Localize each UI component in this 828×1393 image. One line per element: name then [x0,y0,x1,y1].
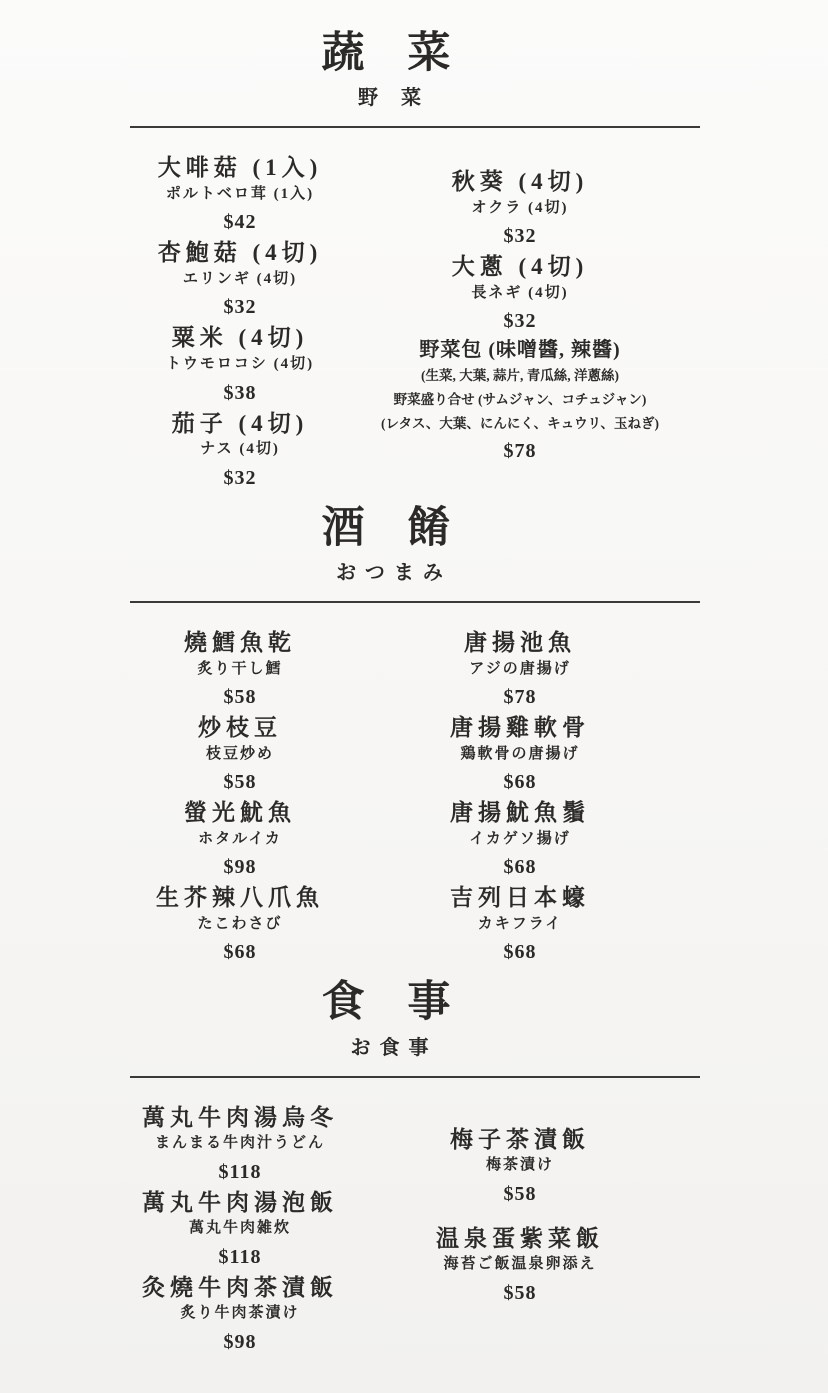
item-price: $58 [380,1280,660,1306]
item-name: 野菜包 (味噌醬, 辣醬) [355,338,685,362]
menu-item: 吉列日本蠔カキフライ$68 [380,884,660,965]
item-name: 燒鱈魚乾 [100,629,380,657]
item-price: $118 [100,1244,380,1270]
item-price: $98 [100,1329,380,1355]
menu-item: 温泉蛋紫菜飯海苔ご飯温泉卵添え$58 [380,1225,660,1306]
item-name-japanese: 長ネギ (4切) [380,284,660,304]
item-name-japanese: 枝豆炒め [100,745,380,765]
item-price: $98 [100,854,380,880]
menu-item: 大蔥 (4切)長ネギ (4切)$32 [380,253,660,334]
menu-item: 萬丸牛肉湯泡飯萬丸牛肉雑炊$118 [100,1189,380,1270]
item-name-japanese: 梅茶漬け [380,1156,660,1176]
menu-section-2: 酒 餚おつまみ燒鱈魚乾炙り干し鱈$58炒枝豆枝豆炒め$58螢光魷魚ホタルイカ$9… [0,505,828,970]
item-name: 秋葵 (4切) [380,168,660,196]
section-subtitle: 野 菜 [0,87,808,110]
item-name-japanese: たこわさび [100,915,380,935]
item-name: 杏鮑菇 (4切) [100,239,380,267]
section-subtitle: おつまみ [0,562,808,585]
item-name-japanese: 野菜盛り合せ (サムジャン、コチュジャン) [355,390,685,410]
item-price: $78 [355,438,685,464]
item-name: 唐揚魷魚鬚 [380,799,660,827]
menu-item: 燒鱈魚乾炙り干し鱈$58 [100,629,380,710]
item-name-japanese: カキフライ [380,915,660,935]
item-price: $58 [380,1181,660,1207]
menu-item: 杏鮑菇 (4切)エリンギ (4切)$32 [100,239,380,320]
menu-item: 螢光魷魚ホタルイカ$98 [100,799,380,880]
section-columns: 萬丸牛肉湯烏冬まんまる牛肉汁うどん$118萬丸牛肉湯泡飯萬丸牛肉雑炊$118灸燒… [100,1078,660,1359]
item-name: 梅子茶漬飯 [380,1126,660,1154]
column-right: 梅子茶漬飯梅茶漬け$58温泉蛋紫菜飯海苔ご飯温泉卵添え$58 [380,1126,660,1359]
menu-item: 秋葵 (4切)オクラ (4切)$32 [380,168,660,249]
item-name: 萬丸牛肉湯烏冬 [100,1104,380,1132]
item-price: $68 [100,939,380,965]
menu-item: 大啡菇 (1入)ポルトベロ茸 (1入)$42 [100,154,380,235]
menu-item: 生芥辣八爪魚たこわさび$68 [100,884,380,965]
item-name: 茄子 (4切) [100,410,380,438]
item-name: 炒枝豆 [100,714,380,742]
item-name: 萬丸牛肉湯泡飯 [100,1189,380,1217]
section-columns: 燒鱈魚乾炙り干し鱈$58炒枝豆枝豆炒め$58螢光魷魚ホタルイカ$98生芥辣八爪魚… [100,603,660,969]
section-title: 食 事 [0,979,808,1026]
item-name-japanese: 炙り牛肉茶漬け [100,1304,380,1324]
item-name: 温泉蛋紫菜飯 [380,1225,660,1253]
menu-item: 唐揚魷魚鬚イカゲソ揚げ$68 [380,799,660,880]
menu-item: 唐揚池魚アジの唐揚げ$78 [380,629,660,710]
item-name-japanese: アジの唐揚げ [380,660,660,680]
section-title: 蔬 菜 [0,30,808,77]
section-subtitle: お食事 [0,1037,808,1060]
item-name-japanese: エリンギ (4切) [100,270,380,290]
item-name: 螢光魷魚 [100,799,380,827]
item-price: $68 [380,939,660,965]
item-name: 粟米 (4切) [100,324,380,352]
item-name-japanese: まんまる牛肉汁うどん [100,1134,380,1154]
menu-section-3: 食 事お食事萬丸牛肉湯烏冬まんまる牛肉汁うどん$118萬丸牛肉湯泡飯萬丸牛肉雑炊… [0,979,828,1359]
item-price: $78 [380,684,660,710]
column-left: 萬丸牛肉湯烏冬まんまる牛肉汁うどん$118萬丸牛肉湯泡飯萬丸牛肉雑炊$118灸燒… [100,1104,380,1359]
menu-sections: 蔬 菜野 菜大啡菇 (1入)ポルトベロ茸 (1入)$42杏鮑菇 (4切)エリンギ… [0,30,828,1359]
item-price: $58 [100,684,380,710]
item-name-japanese: 鶏軟骨の唐揚げ [380,745,660,765]
item-price: $42 [100,209,380,235]
section-header: 蔬 菜野 菜 [0,30,808,110]
section-title: 酒 餚 [0,505,808,552]
item-name-japanese: ホタルイカ [100,830,380,850]
section-header: 酒 餚おつまみ [0,505,808,585]
item-name-japanese: ナス (4切) [100,440,380,460]
item-price: $38 [100,380,380,406]
column-left: 燒鱈魚乾炙り干し鱈$58炒枝豆枝豆炒め$58螢光魷魚ホタルイカ$98生芥辣八爪魚… [100,629,380,969]
section-header: 食 事お食事 [0,979,808,1059]
item-name-japanese: イカゲソ揚げ [380,830,660,850]
item-name: 灸燒牛肉茶漬飯 [100,1274,380,1302]
item-price: $32 [100,465,380,491]
item-name: 大蔥 (4切) [380,253,660,281]
menu-item: 灸燒牛肉茶漬飯炙り牛肉茶漬け$98 [100,1274,380,1355]
item-name: 生芥辣八爪魚 [100,884,380,912]
item-name: 唐揚雞軟骨 [380,714,660,742]
item-price: $58 [100,769,380,795]
item-name-japanese: トウモロコシ (4切) [100,355,380,375]
item-name-japanese: (レタス、大葉、にんにく、キュウリ、玉ねぎ) [355,414,685,434]
column-right: 唐揚池魚アジの唐揚げ$78唐揚雞軟骨鶏軟骨の唐揚げ$68唐揚魷魚鬚イカゲソ揚げ$… [380,629,660,969]
item-price: $32 [100,294,380,320]
menu-section-1: 蔬 菜野 菜大啡菇 (1入)ポルトベロ茸 (1入)$42杏鮑菇 (4切)エリンギ… [0,30,828,495]
menu-item: 唐揚雞軟骨鶏軟骨の唐揚げ$68 [380,714,660,795]
item-name: 大啡菇 (1入) [100,154,380,182]
item-price: $68 [380,854,660,880]
item-name-japanese: ポルトベロ茸 (1入) [100,185,380,205]
menu-item: 茄子 (4切)ナス (4切)$32 [100,410,380,491]
menu-item: 野菜包 (味噌醬, 辣醬)(生菜, 大葉, 蒜片, 青瓜絲, 洋蔥絲)野菜盛り合… [355,338,685,464]
item-name-japanese: (生菜, 大葉, 蒜片, 青瓜絲, 洋蔥絲) [355,366,685,386]
column-right: 秋葵 (4切)オクラ (4切)$32大蔥 (4切)長ネギ (4切)$32野菜包 … [380,168,660,494]
menu-item: 炒枝豆枝豆炒め$58 [100,714,380,795]
item-name-japanese: 萬丸牛肉雑炊 [100,1219,380,1239]
item-price: $32 [380,223,660,249]
menu-item: 萬丸牛肉湯烏冬まんまる牛肉汁うどん$118 [100,1104,380,1185]
item-price: $32 [380,308,660,334]
menu-page: 蔬 菜野 菜大啡菇 (1入)ポルトベロ茸 (1入)$42杏鮑菇 (4切)エリンギ… [0,0,828,1393]
item-name-japanese: オクラ (4切) [380,199,660,219]
item-name-japanese: 海苔ご飯温泉卵添え [380,1255,660,1275]
item-name: 吉列日本蠔 [380,884,660,912]
item-price: $68 [380,769,660,795]
menu-item: 粟米 (4切)トウモロコシ (4切)$38 [100,324,380,405]
item-price: $118 [100,1159,380,1185]
column-left: 大啡菇 (1入)ポルトベロ茸 (1入)$42杏鮑菇 (4切)エリンギ (4切)$… [100,154,380,494]
section-columns: 大啡菇 (1入)ポルトベロ茸 (1入)$42杏鮑菇 (4切)エリンギ (4切)$… [100,128,660,494]
menu-item: 梅子茶漬飯梅茶漬け$58 [380,1126,660,1207]
item-name-japanese: 炙り干し鱈 [100,660,380,680]
item-name: 唐揚池魚 [380,629,660,657]
